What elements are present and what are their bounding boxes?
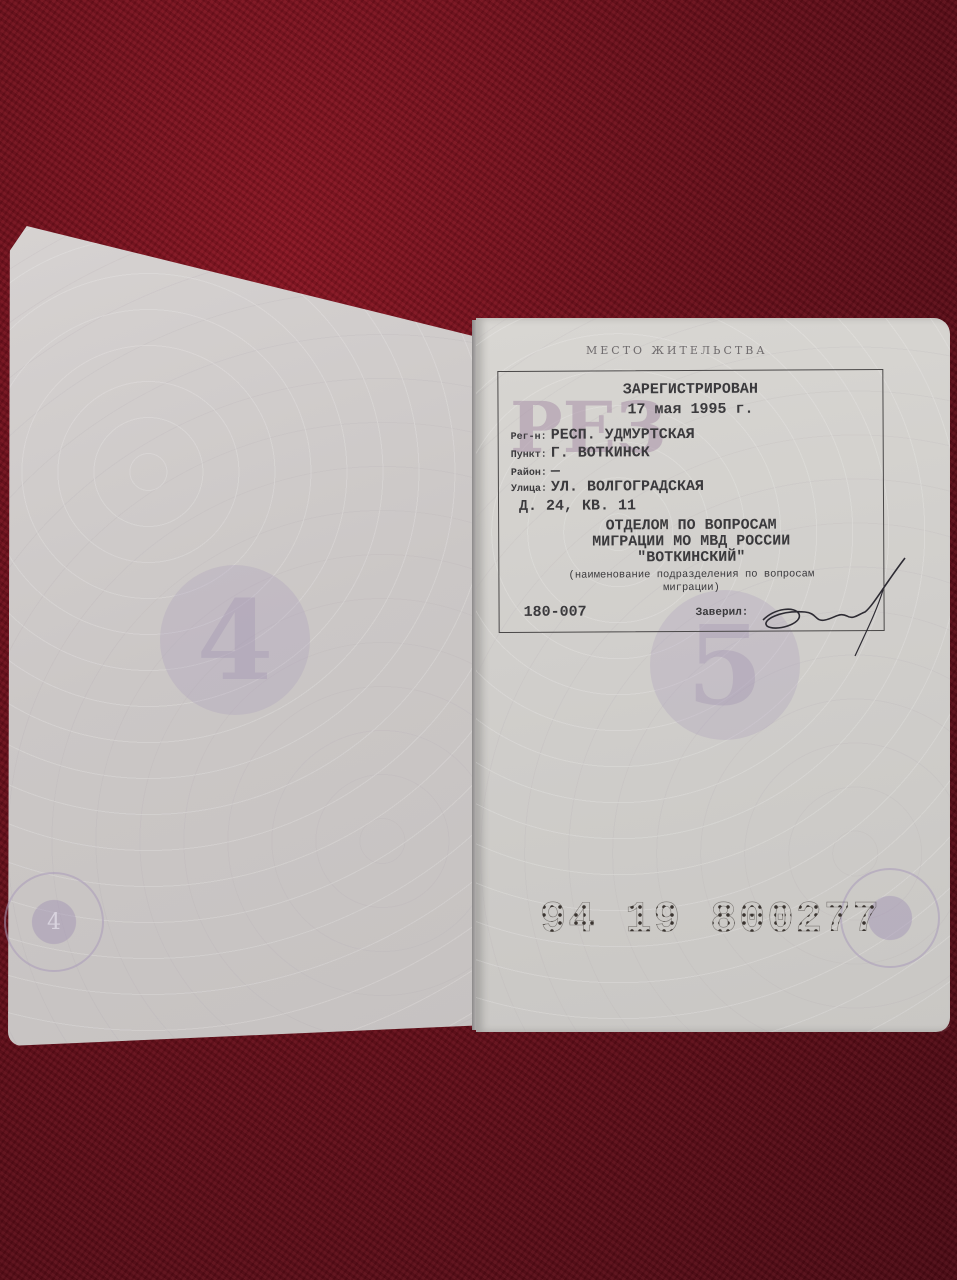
row-label: Рег-н: <box>511 432 547 443</box>
stamp-certified-label: Заверил: <box>696 607 749 619</box>
stamp-date: 17 мая 1995 г. <box>498 400 882 419</box>
page-heading: МЕСТО ЖИТЕЛЬСТВА <box>586 344 768 357</box>
stamp-code: 180-007 <box>524 604 587 621</box>
stamp-title: ЗАРЕГИСТРИРОВАН <box>498 380 882 399</box>
row-value: УЛ. ВОЛГОГРАДСКАЯ <box>551 478 704 496</box>
passport-booklet: 4 4 5 РЕЗ МЕСТО ЖИТЕЛЬСТВА ЗАРЕГИСТРИРОВ… <box>0 0 957 1280</box>
stamp-house: Д. 24, КВ. 11 <box>519 497 636 515</box>
row-value: РЕСП. УДМУРТСКАЯ <box>551 426 695 444</box>
row-label: Пункт: <box>511 450 547 461</box>
perforated-serial-number: 94 19 800277 <box>540 895 881 945</box>
stamp-row-street: Улица:УЛ. ВОЛГОГРАДСКАЯ <box>511 477 704 496</box>
stamp-row-city: Пункт:Г. ВОТКИНСК <box>511 443 650 462</box>
row-value: Г. ВОТКИНСК <box>551 444 650 462</box>
stamp-row-region: Рег-н:РЕСП. УДМУРТСКАЯ <box>511 425 695 444</box>
signature-icon <box>755 550 915 660</box>
rosette-ornament-icon: 4 <box>4 872 104 972</box>
left-page-number-watermark: 4 <box>160 565 310 715</box>
row-label: Улица: <box>511 484 547 495</box>
